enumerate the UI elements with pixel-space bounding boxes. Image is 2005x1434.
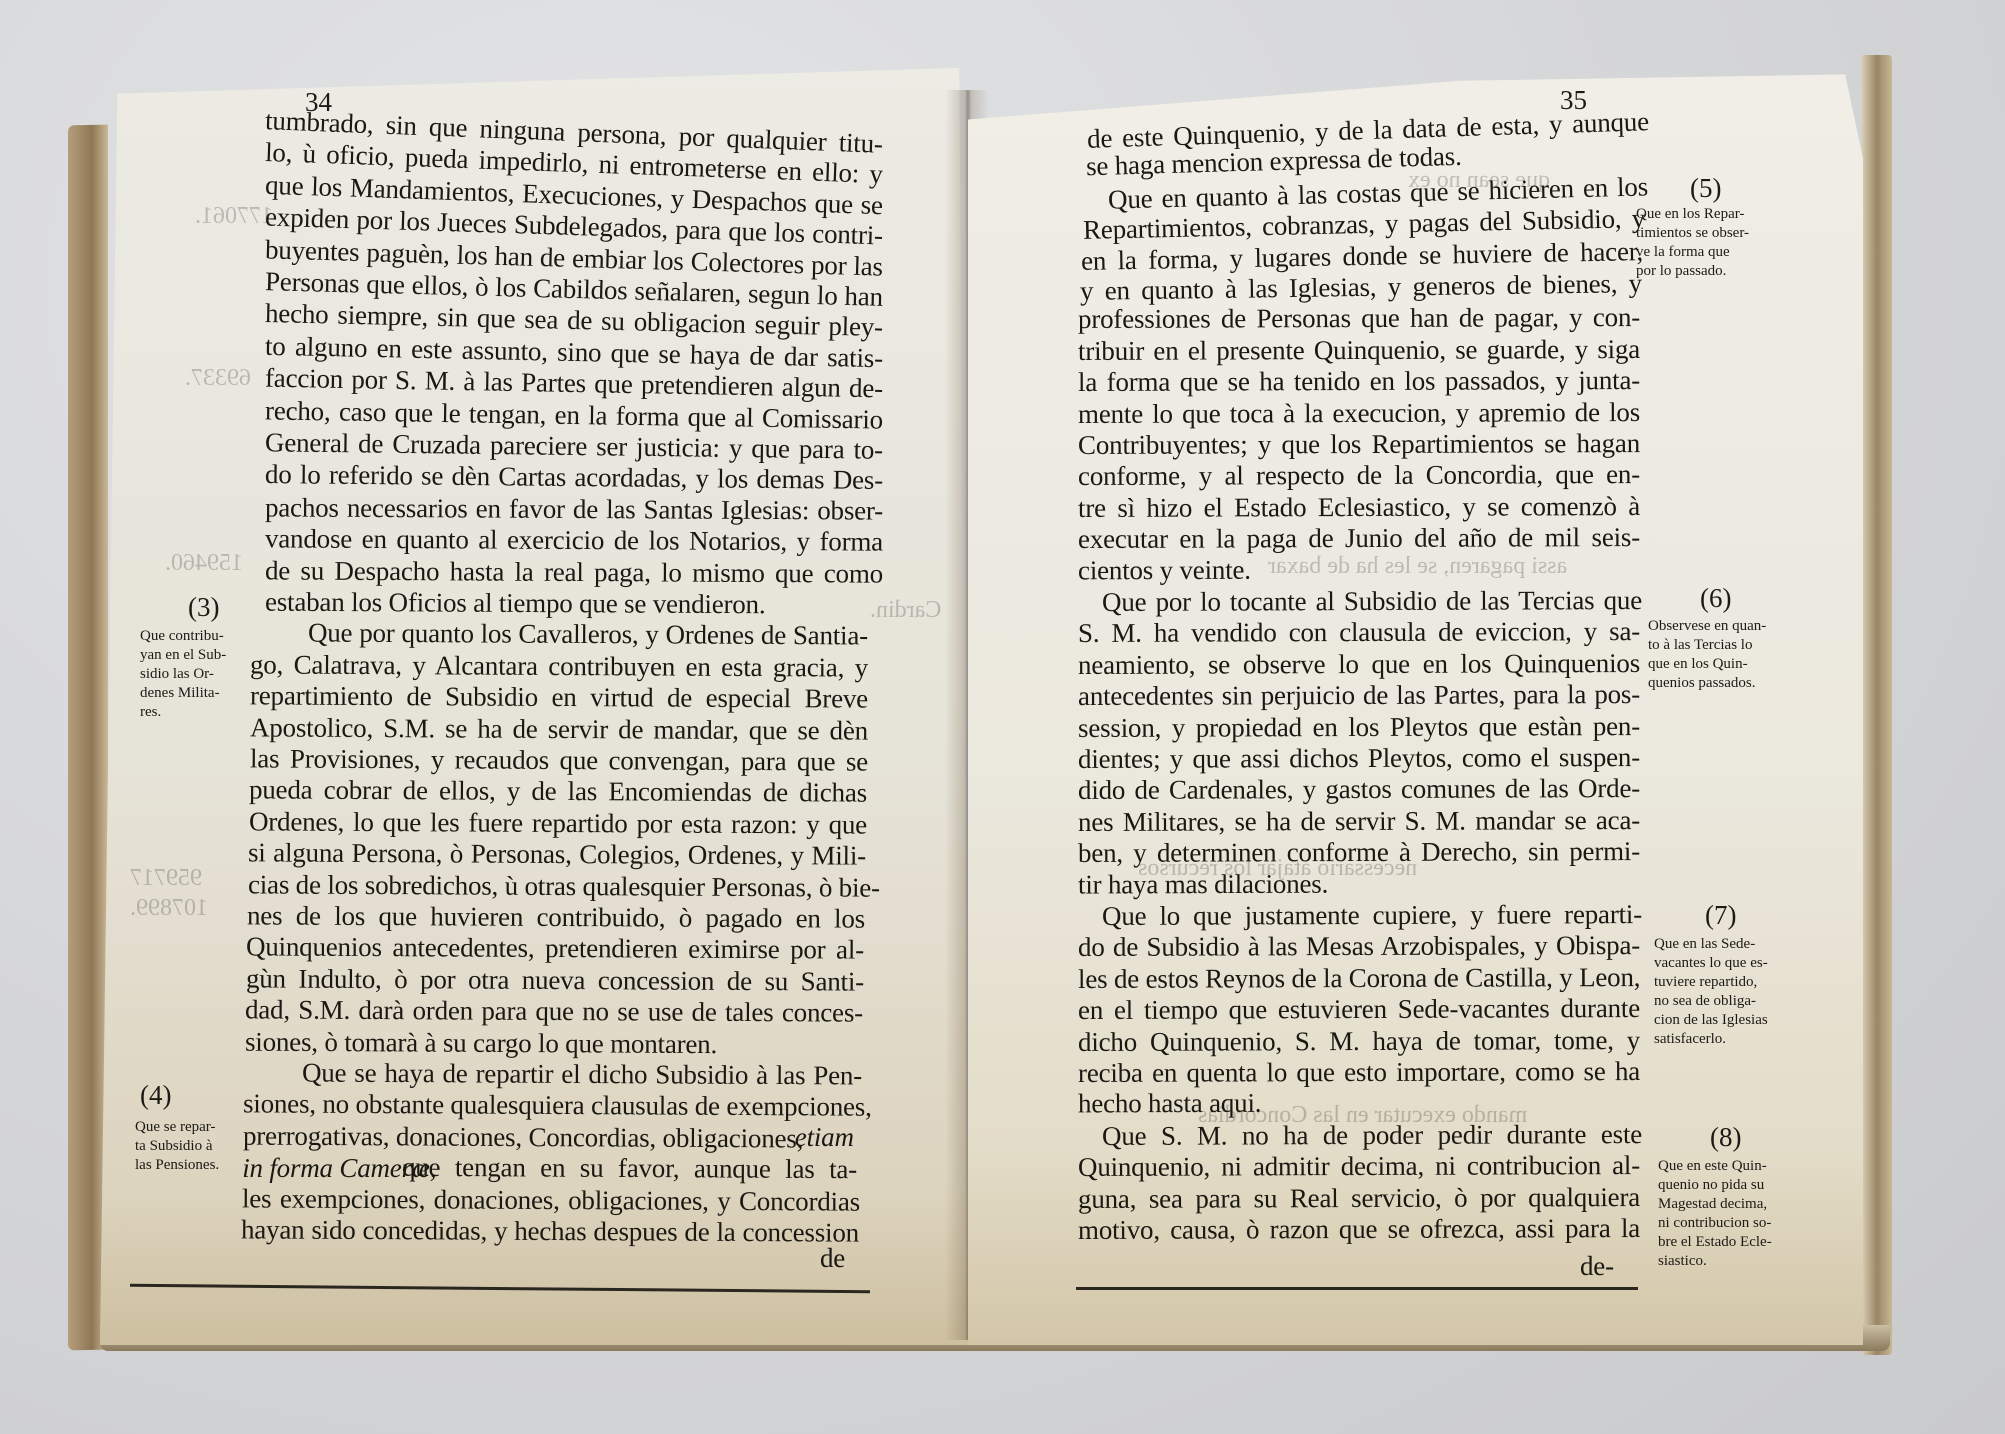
text-line: Quinquenio, ni admitir decima, ni contri… (1078, 1150, 1640, 1182)
text-line: Contribuyentes; y que los Repartimientos… (1078, 428, 1640, 460)
text-line: Que lo que justamente cupiere, y fuere r… (1102, 899, 1642, 931)
text-line: hayan sido concedidas, y hechas despues … (241, 1214, 859, 1247)
margin-note-number: (3) (188, 592, 219, 623)
text-line: si alguna Persona, ò Personas, Colegios,… (248, 838, 866, 871)
bottom-rule (1076, 1287, 1638, 1290)
margin-note-number: (8) (1710, 1122, 1741, 1153)
margin-note-line: las Pensiones. (135, 1156, 245, 1175)
margin-note-line: satisfacerlo. (1654, 1030, 1814, 1049)
margin-note-line: Que en las Sede- (1654, 935, 1814, 954)
text-line: antecedentes sin perjuicio de las Partes… (1078, 679, 1640, 711)
book-cover-right-edge (1862, 55, 1892, 1355)
margin-note-number: (5) (1690, 173, 1721, 204)
margin-note-7: Que en las Sede- vacantes lo que es- tuv… (1654, 935, 1814, 1049)
bleed-through-text: assi pagaren, se les ha de baxar (1268, 553, 1567, 580)
margin-note-line: vacantes lo que es- (1654, 954, 1814, 973)
text-line: motivo, causa, ò razon que se ofrezca, a… (1078, 1213, 1640, 1245)
text-line: do de Subsidio à las Mesas Arzobispales,… (1078, 930, 1640, 962)
text-line: siones, no obstante qualesquiera clausul… (243, 1089, 861, 1122)
margin-note-line: Magestad decima, (1658, 1195, 1818, 1214)
text-line: tir haya mas dilaciones. (1078, 868, 1368, 899)
text-line: vandose en quanto al exercicio de los No… (265, 524, 883, 557)
margin-note-3: Que contribu- yan en el Sub- sidio las O… (140, 627, 250, 722)
text-line: las Provisiones, y recaudos que convenga… (250, 743, 868, 776)
margin-note-number: (6) (1700, 583, 1731, 614)
text-line: gùn Indulto, ò por otra nueva concession… (246, 963, 864, 996)
margin-note-5: Que en los Repar- timientos se obser- ve… (1636, 205, 1786, 281)
text-line: guna, sea para su Real servicio, ò por q… (1078, 1182, 1640, 1214)
text-line: de su Despacho hasta la real paga, lo mi… (265, 555, 883, 588)
margin-note-line: timientos se obser- (1636, 224, 1786, 243)
text-line: neamiento, se observe lo que en los Quin… (1078, 648, 1640, 680)
margin-note-line: no sea de obliga- (1654, 992, 1814, 1011)
margin-note-8: Que en este Quin- quenio no pida su Mage… (1658, 1157, 1818, 1271)
margin-note-line: Que contribu- (140, 627, 250, 646)
italic-phrase: etiam (795, 1122, 854, 1152)
margin-note-line: tuviere repartido, (1654, 973, 1814, 992)
text-line: dicho Quinquenio, S. M. haya de tomar, t… (1078, 1025, 1640, 1057)
right-page: que sean no ex assi pagaren, se les ha d… (968, 55, 1863, 1345)
text-line: mente lo que toca à la execucion, y apre… (1078, 397, 1640, 429)
catchword: de (820, 1243, 845, 1273)
margin-note-line: res. (140, 703, 250, 722)
book-cover-left-edge (68, 125, 108, 1351)
margin-note-line: to à las Tercias lo (1648, 636, 1808, 655)
left-page: 177061. 69337. 159460. 959717 107899. Ca… (100, 55, 968, 1345)
italic-phrase: in forma Cameræ, (242, 1153, 436, 1183)
text-line: Que por quanto los Cavalleros, y Ordenes… (308, 618, 868, 651)
margin-note-line: siastico. (1658, 1252, 1818, 1271)
text-line: Quinquenios antecedentes, pretendieren e… (246, 932, 864, 965)
text-line: hecho hasta aqui. (1078, 1088, 1318, 1119)
text-line: estaban los Oficios al tiempo que se ven… (265, 587, 785, 620)
bleed-through-text: 177061. (195, 203, 273, 230)
text-line: dad, S.M. darà orden para que no se use … (245, 995, 863, 1028)
text-line: ben, y determinen conforme à Derecho, si… (1078, 836, 1640, 868)
text-line: siones, ò tomarà à su cargo lo que monta… (245, 1026, 765, 1059)
text-line: executar en la paga de Junio del año de … (1078, 522, 1640, 554)
text-line: que tengan en su favor, aunque las ta- (402, 1152, 857, 1184)
margin-note-line: cion de las Iglesias (1654, 1011, 1814, 1030)
margin-note-line: bre el Estado Ecle- (1658, 1233, 1818, 1252)
margin-note-line: que en los Quin- (1648, 655, 1808, 674)
catchword: de- (1580, 1251, 1614, 1281)
text-line: la forma que se ha tenido en los passado… (1078, 365, 1640, 397)
margin-note-line: quenios passados. (1648, 674, 1808, 693)
margin-note-line: sidio las Or- (140, 665, 250, 684)
text-line: S. M. ha vendido con clausula de eviccio… (1078, 616, 1640, 648)
margin-note-4: Que se repar- ta Subsidio à las Pensione… (135, 1118, 245, 1175)
text-line: Que por lo tocante al Subsidio de las Te… (1102, 585, 1642, 617)
margin-note-line: por lo passado. (1636, 262, 1786, 281)
text-line: y en quanto à las Iglesias, y generos de… (1079, 268, 1641, 306)
text-line: tre sì hizo el Estado Eclesiastico, y se… (1078, 491, 1640, 523)
bleed-through-text: Cardin. (870, 597, 941, 624)
text-line: prerrogativas, donaciones, Concordias, o… (243, 1120, 788, 1153)
text-line: les de estos Reynos de la Corona de Cast… (1078, 962, 1640, 994)
margin-note-line: ve la forma que (1636, 243, 1786, 262)
text-line: professiones de Personas que han de paga… (1078, 302, 1640, 334)
text-line: Que se haya de repartir el dicho Subsidi… (302, 1058, 862, 1091)
text-line: Que S. M. no ha de poder pedir durante e… (1102, 1119, 1642, 1151)
bleed-through-text: 107899. (130, 895, 208, 922)
margin-note-line: quenio no pida su (1658, 1176, 1818, 1195)
text-line: cientos y veinte. (1078, 554, 1278, 585)
margin-note-6: Observese en quan- to à las Tercias lo q… (1648, 617, 1808, 693)
bleed-through-text: 159460. (165, 550, 243, 577)
margin-note-line: yan en el Sub- (140, 646, 250, 665)
text-line: session, y propiedad en los Pleytos que … (1078, 711, 1640, 743)
text-line: dido de Cardenales, y gastos comunes de … (1078, 773, 1640, 805)
margin-note-line: Observese en quan- (1648, 617, 1808, 636)
margin-note-line: Que en este Quin- (1658, 1157, 1818, 1176)
margin-note-line: denes Milita- (140, 684, 250, 703)
margin-note-number: (4) (140, 1080, 171, 1111)
text-line: dientes; y que assi dichos Pleytos, como… (1078, 742, 1640, 774)
margin-note-line: Que en los Repar- (1636, 205, 1786, 224)
text-line: reciba en quenta lo que esto importare, … (1078, 1056, 1640, 1088)
margin-note-number: (7) (1705, 900, 1736, 931)
text-line: en el tiempo que estuvieren Sede-vacante… (1078, 993, 1640, 1025)
margin-note-line: Que se repar- (135, 1118, 245, 1137)
margin-note-line: ta Subsidio à (135, 1137, 245, 1156)
text-line: Apostolico, S.M. se ha de servir de mand… (250, 712, 868, 745)
text-line: conforme, y al respecto de la Concordia,… (1078, 459, 1640, 491)
text-line: tribuir en el presente Quinquenio, se gu… (1078, 334, 1640, 366)
text-line: do lo referido se dèn Cartas acordadas, … (265, 459, 883, 495)
text-line: Ordenes, lo que les fuere repartido por … (249, 806, 867, 839)
text-line: go, Calatrava, y Alcantara contribuyen e… (250, 649, 868, 682)
text-line: pueda cobrar de ellos, y de las Encomien… (249, 775, 867, 808)
bottom-rule (130, 1284, 870, 1293)
margin-note-line: ni contribucion so- (1658, 1214, 1818, 1233)
text-line: pachos necessarios en favor de las Santa… (265, 492, 883, 525)
text-line: nes de los que huvieren contribuido, ò p… (247, 900, 865, 933)
text-line: nes Militares, se ha de servir S. M. man… (1078, 805, 1640, 837)
text-line: repartimiento de Subsidio en virtud de e… (250, 681, 868, 714)
text-line: cias de los sobredichos, ù otras qualesq… (248, 869, 866, 902)
bleed-through-text: 959717 (130, 865, 202, 892)
bleed-through-text: 69337. (185, 365, 251, 392)
text-line: les exempciones, donaciones, obligacione… (242, 1183, 860, 1216)
